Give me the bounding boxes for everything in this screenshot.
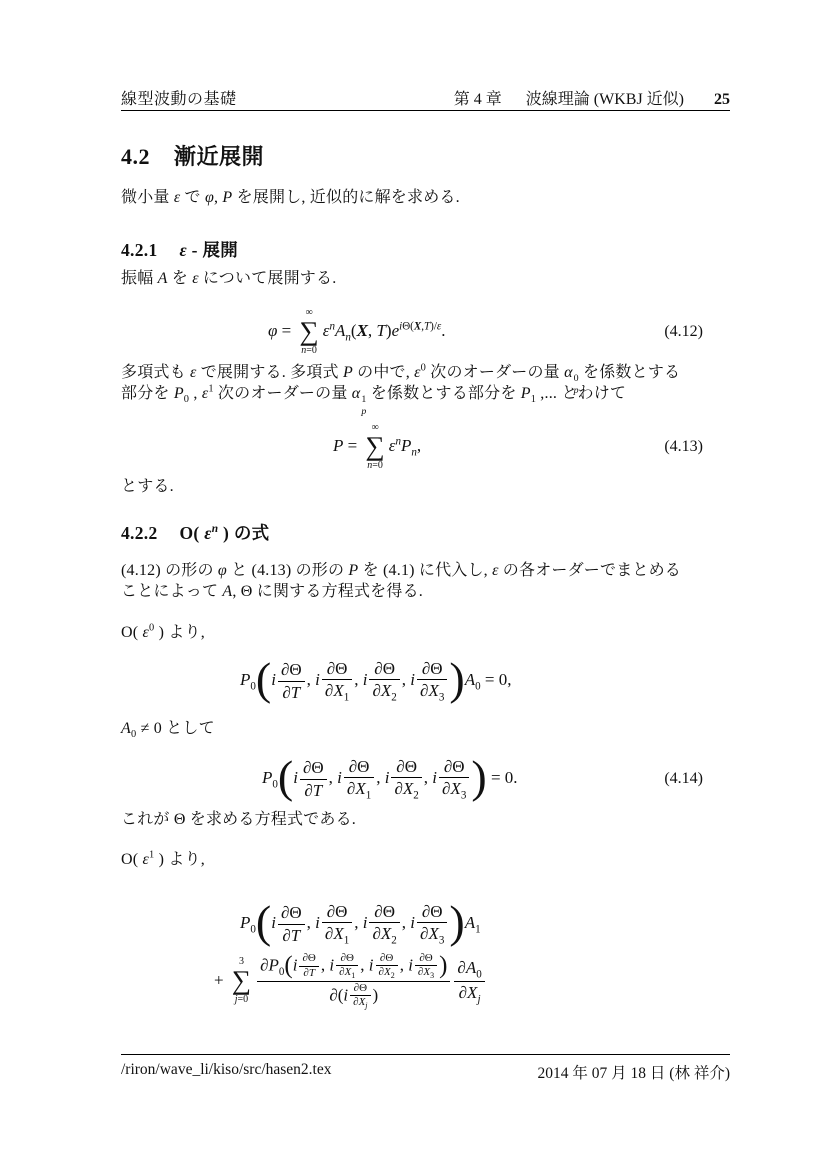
chapter-title: 波線理論 (WKBJ 近似) <box>526 86 684 109</box>
equation-order0-math: P0(i∂Θ∂T, i∂Θ∂X1, i∂Θ∂X2, i∂Θ∂X3)A0 = 0, <box>240 658 511 704</box>
equation-order0: P0(i∂Θ∂T, i∂Θ∂X1, i∂Θ∂X2, i∂Θ∂X3)A0 = 0, <box>121 653 730 709</box>
paragraph-substitute-line1: (4.12) の形の φ と (4.13) の形の P を (4.1) に代入し… <box>121 560 681 581</box>
paragraph-amplitude: 振幅 A を ε について展開する. <box>121 268 336 289</box>
footer-rule <box>121 1054 730 1055</box>
paragraph-a0-nonzero: A0 ≠ 0 として <box>121 718 215 741</box>
paragraph-intro: 微小量 ε で φ, P を展開し, 近似的に解を求める. <box>121 187 460 208</box>
text-column: 線型波動の基礎 第 4 章 波線理論 (WKBJ 近似) 25 4.2漸近展開 … <box>121 0 730 1169</box>
paragraph-order0: O( ε0 ) より, <box>121 622 205 643</box>
subsection-422-number: 4.2.2 <box>121 523 158 543</box>
section-heading: 4.2漸近展開 <box>121 140 264 171</box>
equation-413-number: (4.13) <box>664 438 703 456</box>
header-rule <box>121 110 730 111</box>
equation-414-math: P0(i∂Θ∂T, i∂Θ∂X1, i∂Θ∂X2, i∂Θ∂X3) = 0. <box>262 756 518 802</box>
equation-order1-line1: P0(i∂Θ∂T, i∂Θ∂X1, i∂Θ∂X2, i∂Θ∂X3)A1 <box>121 897 730 951</box>
equation-412-math: φ = ∞∑n=0εnAn(X, T)eiΘ(X,T)/ε. <box>268 307 446 358</box>
page-footer: /riron/wave_li/kiso/src/hasen2.tex 2014 … <box>121 1061 730 1083</box>
section-title: 漸近展開 <box>174 144 264 169</box>
subsection-422-title: O( εn ) の式 <box>180 523 270 543</box>
running-book-title: 線型波動の基礎 <box>121 86 237 109</box>
subsection-422-heading: 4.2.2O( εn ) の式 <box>121 520 269 545</box>
document-page: 線型波動の基礎 第 4 章 波線理論 (WKBJ 近似) 25 4.2漸近展開 … <box>0 0 826 1169</box>
equation-413-math: P = ∞∑n=0εnPn, <box>333 422 421 473</box>
subsection-421-number: 4.2.1 <box>121 240 158 260</box>
subsection-421-title: ε - 展開 <box>180 240 239 260</box>
equation-order1-line2: + 3∑j=0∂P0(i∂Θ∂T, i∂Θ∂X1, i∂Θ∂X2, i∂Θ∂X3… <box>121 950 730 1012</box>
equation-order1-line2-math: + 3∑j=0∂P0(i∂Θ∂T, i∂Θ∂X1, i∂Θ∂X2, i∂Θ∂X3… <box>214 952 487 1011</box>
equation-414-number: (4.14) <box>664 770 703 788</box>
equation-412-number: (4.12) <box>664 323 703 341</box>
paragraph-order1: O( ε1 ) より, <box>121 849 205 870</box>
page-number: 25 <box>714 91 730 109</box>
equation-414: P0(i∂Θ∂T, i∂Θ∂X1, i∂Θ∂X2, i∂Θ∂X3) = 0. (… <box>121 751 730 807</box>
source-file-path: /riron/wave_li/kiso/src/hasen2.tex <box>121 1061 332 1083</box>
revision-date: 2014 年 07 月 18 日 (林 祥介) <box>538 1061 730 1083</box>
paragraph-polynomial-line2: 部分を P0 , ε1 次のオーダーの量 α1p を係数とする部分を P1 ,.… <box>121 383 626 417</box>
paragraph-theta-equation: これが Θ を求める方程式である. <box>121 809 356 830</box>
equation-413: P = ∞∑n=0εnPn, (4.13) <box>121 420 730 474</box>
paragraph-substitute-line2: ことによって A, Θ に関する方程式を得る. <box>121 581 423 602</box>
paragraph-tosuru: とする. <box>121 476 174 497</box>
equation-order1-line1-math: P0(i∂Θ∂T, i∂Θ∂X1, i∂Θ∂X2, i∂Θ∂X3)A1 <box>240 901 481 947</box>
section-number: 4.2 <box>121 144 150 169</box>
subsection-421-heading: 4.2.1ε - 展開 <box>121 237 238 262</box>
equation-412: φ = ∞∑n=0εnAn(X, T)eiΘ(X,T)/ε. (4.12) <box>121 305 730 359</box>
page-header: 線型波動の基礎 第 4 章 波線理論 (WKBJ 近似) 25 <box>121 86 730 109</box>
chapter-label: 第 4 章 <box>454 86 502 109</box>
